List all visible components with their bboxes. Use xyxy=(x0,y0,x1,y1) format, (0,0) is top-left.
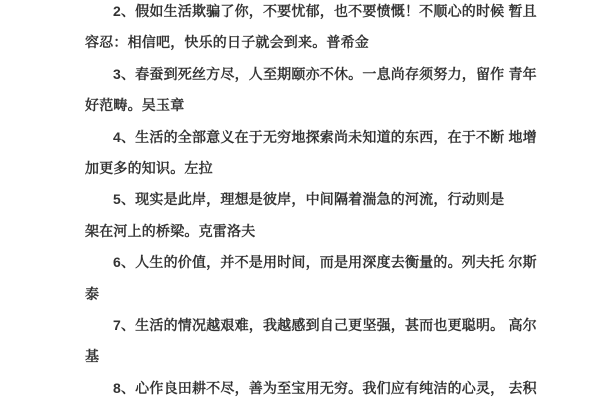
quote-2-line-2: 容忍：相信吧，快乐的日子就会到来。普希金 xyxy=(85,27,545,58)
quote-6-line-2: 泰 xyxy=(85,279,545,310)
quote-7-line-1: 7、生活的情况越艰难，我越感到自己更坚强，甚而也更聪明。 高尔 xyxy=(85,310,545,341)
quote-2-line-1: 2、假如生活欺骗了你，不要忧郁，也不要愤慨！不顺心的时候 暂且 xyxy=(85,0,545,27)
quote-3-line-1: 3、春蚕到死丝方尽，人至期颐亦不休。一息尚存须努力，留作 青年 xyxy=(85,59,545,90)
quote-3-line-2: 好范畴。吴玉章 xyxy=(85,90,545,121)
quote-6-line-1: 6、人生的价值，并不是用时间，而是用深度去衡量的。列夫托 尔斯 xyxy=(85,247,545,278)
quote-7-line-2: 基 xyxy=(85,341,545,372)
quote-5-line-1: 5、现实是此岸，理想是彼岸，中间隔着湍急的河流，行动则是 xyxy=(85,184,545,215)
quote-4-line-1: 4、生活的全部意义在于无穷地探索尚未知道的东西，在于不断 地增 xyxy=(85,122,545,153)
quote-5-line-2: 架在河上的桥梁。克雷洛夫 xyxy=(85,216,545,247)
quote-8-line-1: 8、心作良田耕不尽，善为至宝用无穷。我们应有纯洁的心灵， 去积 xyxy=(85,373,545,400)
quote-4-line-2: 加更多的知识。左拉 xyxy=(85,153,545,184)
quote-list: 2、假如生活欺骗了你，不要忧郁，也不要愤慨！不顺心的时候 暂且 容忍：相信吧，快… xyxy=(85,0,545,400)
document-page: 2、假如生活欺骗了你，不要忧郁，也不要愤慨！不顺心的时候 暂且 容忍：相信吧，快… xyxy=(0,0,600,400)
